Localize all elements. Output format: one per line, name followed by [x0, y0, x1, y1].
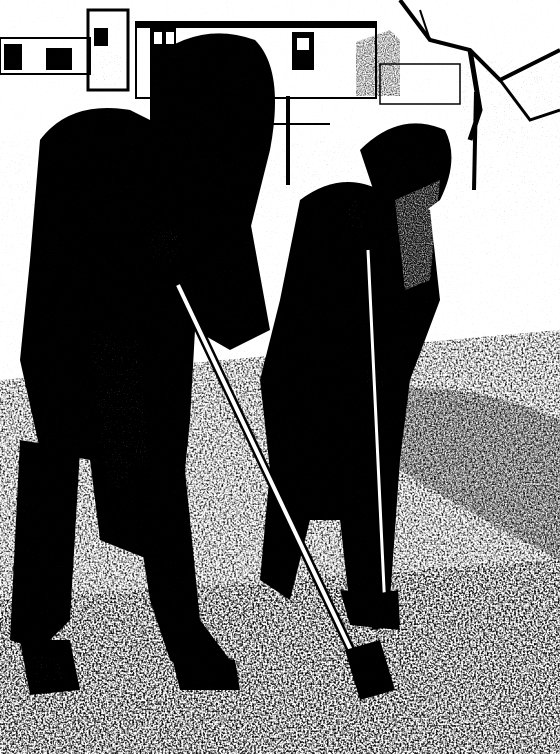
photo-canvas	[0, 0, 560, 754]
photograph	[0, 0, 560, 754]
halftone-texture	[0, 0, 560, 754]
